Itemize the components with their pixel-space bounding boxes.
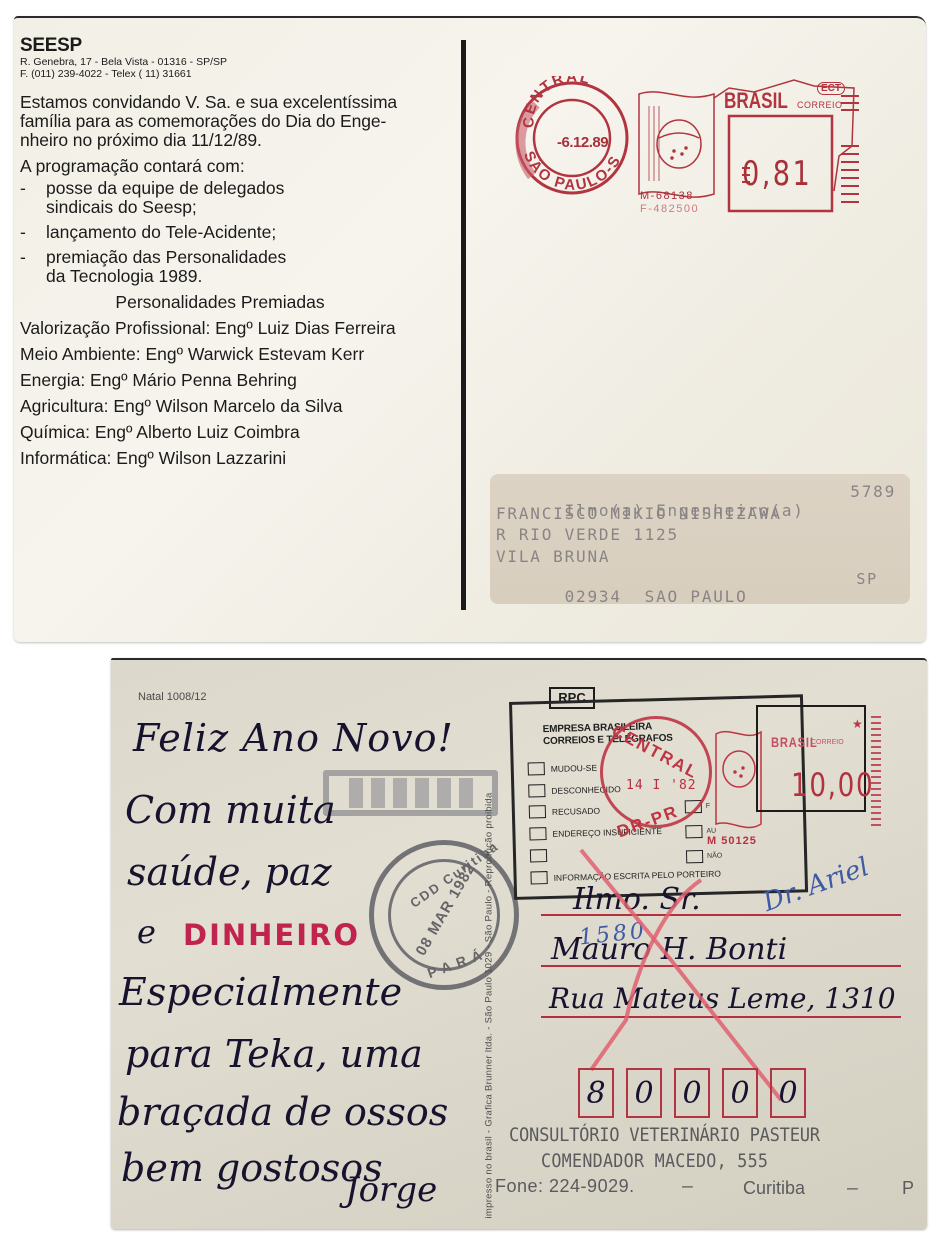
checkbox-icon: [528, 784, 545, 797]
postcard-2: Natal 1008/12 CDD Curitiba 08 MAR 1982 P…: [111, 658, 927, 1229]
stamp-value: 10,00: [791, 766, 874, 804]
handwritten-line: Especialmente: [119, 970, 402, 1014]
cep-boxes: 8 0 0 0 0: [578, 1068, 806, 1118]
award-entry: Meio Ambiente: Engº Warwick Estevam Kerr: [20, 344, 460, 364]
reason-label: RECUSADO: [552, 805, 600, 816]
postmark-bars-icon: [349, 778, 479, 808]
label-state: SP: [856, 570, 878, 588]
signature: Jorge: [345, 1170, 437, 1210]
vertical-imprint: impresso no brasil - Grafica Brunner ltd…: [482, 670, 496, 1220]
awards-title: Personalidades Premiadas: [20, 292, 460, 312]
program-item-line: da Tecnologia 1989.: [46, 267, 460, 286]
label-city: SAO PAULO: [645, 587, 748, 606]
stamp-date: -6.12.89: [557, 134, 608, 151]
recipient-line: Rua Mateus Leme, 1310: [549, 982, 896, 1015]
sender-org-name: SEESP: [20, 36, 460, 56]
checkbox-icon: [530, 849, 547, 862]
label-district: VILA BRUNA: [496, 547, 910, 569]
cep-digit: 0: [722, 1068, 758, 1118]
label-cep: 02934: [565, 587, 622, 606]
program-title: A programação contará com:: [20, 156, 460, 176]
sender-state: P: [902, 1178, 914, 1199]
handwritten-line: Com muita: [125, 788, 336, 832]
card-divider-line: [461, 40, 466, 610]
address-rule: [541, 1016, 901, 1018]
reason-checkbox[interactable]: [530, 849, 553, 863]
cep-digit: 0: [674, 1068, 710, 1118]
program-item: - premiação das Personalidades da Tecnol…: [20, 248, 460, 286]
vertical-imprint-text: impresso no brasil - Grafica Brunner ltd…: [484, 669, 495, 1219]
handwritten-line: e: [137, 913, 156, 951]
stamp-ect-badge: ECT: [817, 82, 845, 95]
award-entry: Valorização Profissional: Engº Luiz Dias…: [20, 318, 460, 338]
program-list: - posse da equipe de delegados sindicais…: [20, 179, 460, 286]
label-member-code: 5789: [850, 482, 896, 501]
cep-digit: 8: [578, 1068, 614, 1118]
round-postmark: CDD Curitiba 08 MAR 1982 PARÁ: [369, 840, 519, 990]
card-reference: Natal 1008/12: [138, 691, 207, 703]
stamp-machine-number: M-68138: [640, 190, 694, 202]
label-line: 02934 SAO PAULO SP: [496, 568, 910, 590]
bullet-dash: -: [20, 248, 26, 267]
stamp-value: 0,81: [742, 154, 812, 194]
separator: —: [682, 1176, 693, 1197]
sender-street: COMENDADOR MACEDO, 555: [541, 1150, 768, 1172]
side-label: F: [706, 803, 710, 810]
rectangular-postmark: [323, 770, 498, 816]
checkbox-icon: [528, 762, 545, 775]
award-entry: Informática: Engº Wilson Lazzarini: [20, 448, 460, 468]
program-item-line: premiação das Personalidades: [46, 248, 460, 267]
meter-stamp-1: CENTRAL SÃO PAULO-SP: [514, 76, 864, 226]
sender-contact: F. (011) 239-4022 - Telex ( 11) 31661: [20, 68, 460, 80]
star-icon: ★: [852, 717, 863, 731]
stamp-franking-number: F-482500: [640, 203, 699, 215]
side-checkbox[interactable]: NÃO: [686, 849, 722, 863]
postcard-1: SEESP R. Genebra, 17 - Bela Vista - 0131…: [14, 16, 926, 642]
stamp-date: 14 I '82: [626, 778, 697, 793]
cep-digit: 0: [626, 1068, 662, 1118]
stamp-machine-number: M 50125: [707, 835, 757, 847]
label-recipient-name: FRANCISCO MIKIO NISHIZAWA: [496, 504, 910, 526]
sender-name: CONSULTÓRIO VETERINÁRIO PASTEUR: [509, 1124, 820, 1146]
stamp-service: CORREIO: [797, 100, 843, 110]
stamp-country: BRASIL: [724, 88, 788, 114]
checkbox-icon: [686, 850, 703, 863]
award-entry: Química: Engº Alberto Luiz Coimbra: [20, 422, 460, 442]
invitation-text-block: SEESP R. Genebra, 17 - Bela Vista - 0131…: [20, 36, 460, 468]
invitation-line: Estamos convidando V. Sa. e sua excelent…: [20, 93, 460, 112]
checkbox-icon: [529, 805, 546, 818]
handwritten-line: saúde, paz: [127, 850, 332, 894]
sender-phone: Fone: 224-9029.: [495, 1176, 635, 1197]
sender-address: R. Genebra, 17 - Bela Vista - 01316 - SP…: [20, 56, 460, 68]
program-item-line: lançamento do Tele-Acidente;: [46, 223, 460, 242]
program-item: - posse da equipe de delegados sindicais…: [20, 179, 460, 217]
handwritten-line: braçada de ossos: [117, 1090, 448, 1134]
address-label: Ilmo(a) Engenheiro(a) 5789 FRANCISCO MIK…: [490, 474, 910, 604]
label-line: Ilmo(a) Engenheiro(a) 5789: [496, 482, 910, 504]
cep-digit: 0: [770, 1068, 806, 1118]
invitation-line: família para as comemorações do Dia do E…: [20, 112, 460, 131]
checkbox-icon: [530, 871, 547, 884]
meter-bars-icon: [871, 716, 881, 826]
brazil-flag-icon: [639, 92, 714, 197]
bullet-dash: -: [20, 179, 26, 198]
emphasis-word: DINHEIRO: [183, 918, 360, 952]
handwritten-line: bem gostosos: [121, 1146, 383, 1190]
side-label: NÃO: [707, 852, 722, 859]
handwritten-line: para Teka, uma: [125, 1032, 423, 1076]
program-item-line: posse da equipe de delegados: [46, 179, 460, 198]
reason-checkbox[interactable]: MUDOU-SE: [528, 761, 598, 776]
recipient-line: Ilmo. Sr.: [573, 882, 701, 917]
separator: —: [847, 1178, 858, 1199]
program-item: - lançamento do Tele-Acidente;: [20, 223, 460, 242]
label-street: R RIO VERDE 1125: [496, 525, 910, 547]
reason-checkbox[interactable]: RECUSADO: [529, 804, 601, 819]
sender-city: Curitiba: [743, 1178, 805, 1199]
award-entry: Agricultura: Engº Wilson Marcelo da Silv…: [20, 396, 460, 416]
award-entry: Energia: Engº Mário Penna Behring: [20, 370, 460, 390]
handwritten-line: Feliz Ano Novo!: [133, 716, 454, 760]
checkbox-icon: [685, 825, 702, 838]
reason-label: INFORMAÇÃO ESCRITA PELO PORTEIRO: [553, 868, 721, 882]
stamp-service: CORREIO: [811, 739, 844, 746]
program-item-line: sindicais do Seesp;: [46, 198, 460, 217]
reason-label: MUDOU-SE: [551, 762, 598, 773]
checkbox-icon: [529, 827, 546, 840]
invitation-paragraph: Estamos convidando V. Sa. e sua excelent…: [20, 93, 460, 150]
bullet-dash: -: [20, 223, 26, 242]
invitation-line: nheiro no próximo dia 11/12/89.: [20, 131, 460, 150]
